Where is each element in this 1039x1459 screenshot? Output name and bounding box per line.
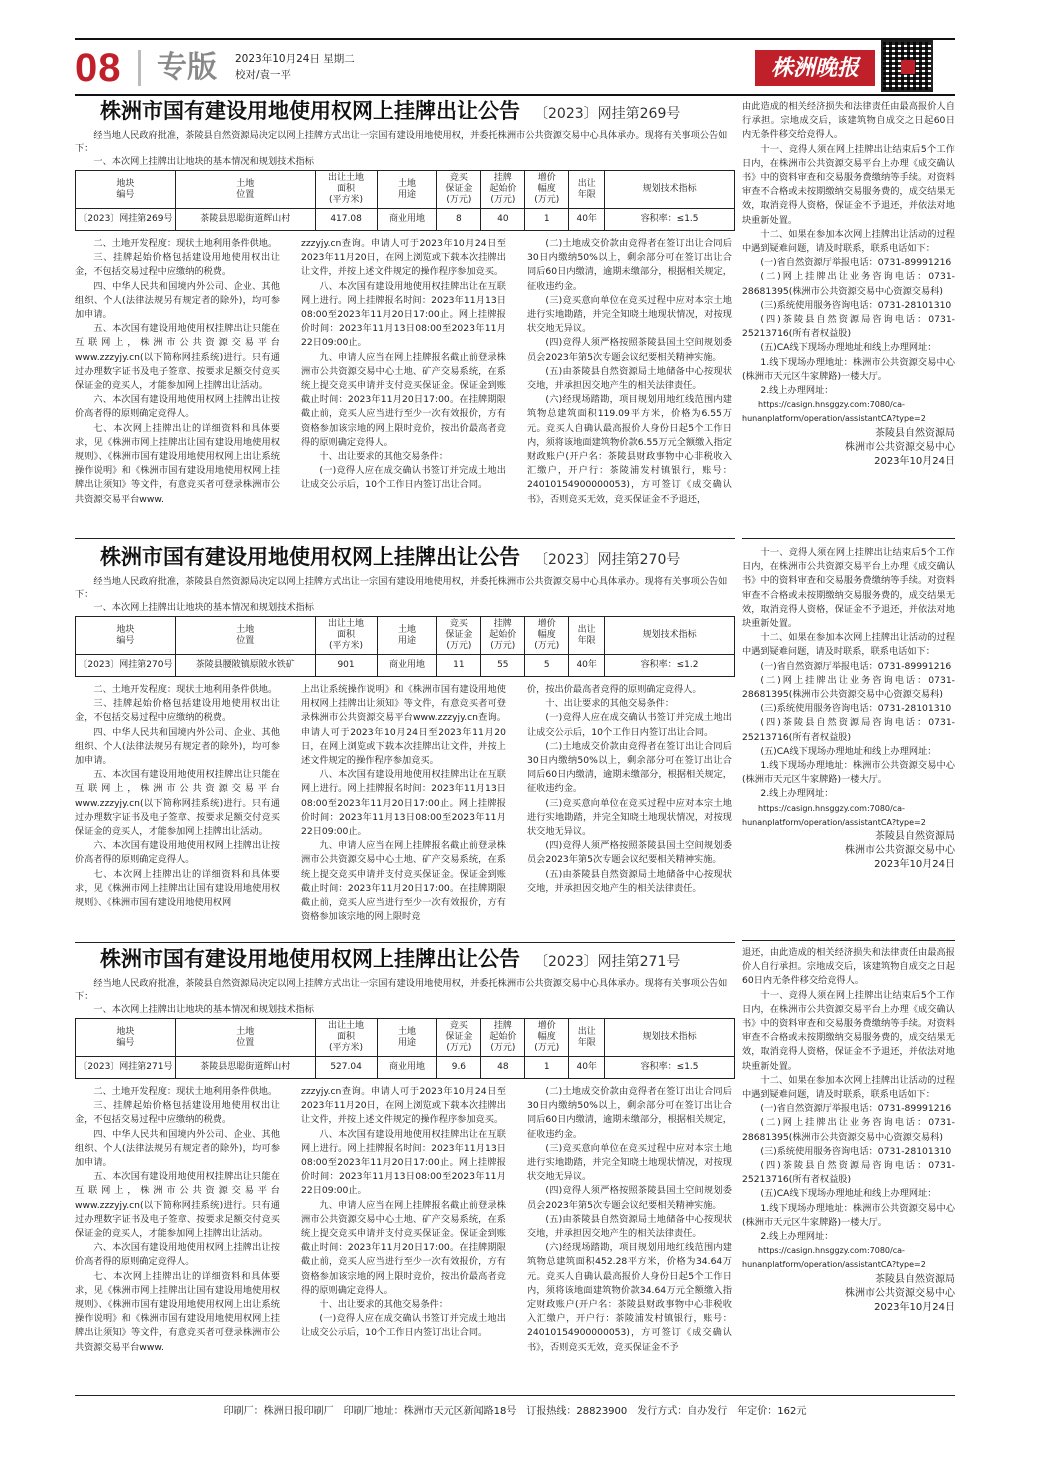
paragraph: (五)CA线下现场办理地址和线上办理网址： bbox=[742, 745, 955, 759]
paragraph: (四)茶陵县自然资源局咨询电话：0731-25213716(所有者权益股) bbox=[742, 716, 955, 744]
notice-intro: 经当地人民政府批准，茶陵县自然资源局决定以网上挂牌方式出让一宗国有建设用地使用权… bbox=[75, 575, 735, 601]
column-header: 出让年限 bbox=[569, 171, 605, 209]
paragraph: (六)经现场踏勘，项目规划用地红线范围内建筑物总建筑面积119.09平方米，价格… bbox=[527, 393, 732, 507]
signature-org2: 株洲市公共资源交易中心 bbox=[742, 844, 955, 858]
body-columns: 二、土地开发程度：现状土地利用条件供地。三、挂牌起始价格包括建设用地使用权出让金… bbox=[75, 1085, 735, 1375]
column-header: 规划技术指标 bbox=[605, 171, 735, 209]
table-header-row: 地块编号土地位置出让土地面积(平方米)土地用途竞买保证金(万元)挂牌起始价(万元… bbox=[76, 1019, 735, 1057]
notice-title-text: 株洲市国有建设用地使用权网上挂牌出让公告 bbox=[100, 99, 520, 123]
paragraph: 十二、如果在参加本次网上挂牌出让活动的过程中遇到疑难问题，请及时联系，联系电话如… bbox=[742, 228, 955, 256]
paragraph: 五、本次国有建设用地使用权挂牌出让只能在互联网上，株洲市公共资源交易平台www.… bbox=[75, 1170, 280, 1241]
table-row: 〔2023〕网挂第269号茶陵县思聪街道辉山村417.08商业用地840140年… bbox=[76, 209, 735, 231]
column-header: 竞买保证金(万元) bbox=[437, 617, 481, 655]
column-header: 挂牌起始价(万元) bbox=[481, 171, 525, 209]
column-header: 地块编号 bbox=[76, 171, 176, 209]
right-column-divider bbox=[742, 940, 955, 941]
paragraph: 七、本次网上挂牌出让的详细资料和具体要求，见《株洲市网上挂牌出让国有建设用地使用… bbox=[75, 868, 280, 911]
table-caption: 一、本次网上挂牌出让地块的基本情况和规划技术指标 bbox=[75, 601, 735, 614]
paragraph: (三)系统使用服务咨询电话：0731-28101310 bbox=[742, 1145, 955, 1159]
column-header: 挂牌起始价(万元) bbox=[481, 1019, 525, 1057]
paragraph: 十、出让要求的其他交易条件： bbox=[301, 1298, 506, 1312]
column-header: 竞买保证金(万元) bbox=[437, 171, 481, 209]
column-header: 土地用途 bbox=[377, 617, 437, 655]
table-cell: 55 bbox=[481, 655, 525, 677]
notice-269: 株洲市国有建设用地使用权网上挂牌出让公告〔2023〕网挂第269号经当地人民政府… bbox=[75, 98, 735, 527]
ca-online-url: https://casign.hnsggzy.com:7080/ca-hunan… bbox=[742, 1244, 955, 1272]
section-name: 专版 bbox=[157, 44, 217, 92]
column-header: 增价幅度(万元) bbox=[525, 617, 569, 655]
table-row: 〔2023〕网挂第270号茶陵县腰陂镇原陂水铁矿901商业用地1155540年容… bbox=[76, 655, 735, 677]
table-cell: 容积率：≤1.5 bbox=[605, 1057, 735, 1079]
signature-date: 2023年10月24日 bbox=[742, 858, 955, 872]
issue-date: 2023年10月24日 星期二 bbox=[235, 52, 355, 66]
table-cell: 1 bbox=[525, 209, 569, 231]
paragraph: (四)竞得人须严格按照茶陵县国土空间规划委员会2023年第5次专题会议纪要相关精… bbox=[527, 839, 732, 867]
table-cell: 〔2023〕网挂第271号 bbox=[76, 1057, 176, 1079]
paragraph: (一)竞得人应在成交确认书签订并完成土地出让成交公示后，10个工作日内签订出让合… bbox=[301, 1312, 506, 1340]
right-column-270: 十一、竞得人须在网上挂牌出让结束后5个工作日内，在株洲市公共资源交易平台上办理《… bbox=[742, 546, 955, 873]
paragraph: (一)竞得人应在成交确认书签订并完成土地出让成交公示后，10个工作日内签订出让合… bbox=[301, 464, 506, 492]
plot-table: 地块编号土地位置出让土地面积(平方米)土地用途竞买保证金(万元)挂牌起始价(万元… bbox=[75, 616, 735, 677]
column-header: 土地用途 bbox=[377, 1019, 437, 1057]
paragraph: (四)竞得人须严格按照茶陵县国土空间规划委员会2023年第5次专题会议纪要相关精… bbox=[527, 336, 732, 364]
body-column: zzzyjy.cn查询。申请人可于2023年10月24日至2023年11月20日… bbox=[301, 237, 506, 493]
paragraph: 三、挂牌起始价格包括建设用地使用权出让金，不包括交易过程中应缴纳的税费。 bbox=[75, 1099, 280, 1127]
body-column: (二)土地成交价款由竞得者在签订出让合同后30日内缴纳50%以上，剩余部分可在签… bbox=[527, 1085, 732, 1355]
ca-online-url: https://casign.hnsggzy.com:7080/ca-hunan… bbox=[742, 802, 955, 830]
paragraph: (三)系统使用服务咨询电话：0731-28101310 bbox=[742, 702, 955, 716]
table-cell: 容积率：≤1.5 bbox=[605, 209, 735, 231]
notice-271: 株洲市国有建设用地使用权网上挂牌出让公告〔2023〕网挂第271号经当地人民政府… bbox=[75, 946, 735, 1375]
column-header: 规划技术指标 bbox=[605, 617, 735, 655]
column-header: 地块编号 bbox=[76, 617, 176, 655]
table-cell: 417.08 bbox=[315, 209, 377, 231]
notice-title-text: 株洲市国有建设用地使用权网上挂牌出让公告 bbox=[100, 947, 520, 971]
paragraph: 三、挂牌起始价格包括建设用地使用权出让金，不包括交易过程中应缴纳的税费。 bbox=[75, 697, 280, 725]
paragraph: 十二、如果在参加本次网上挂牌出让活动的过程中遇到疑难问题，请及时联系，联系电话如… bbox=[742, 1074, 955, 1102]
table-cell: 40年 bbox=[569, 1057, 605, 1079]
paragraph: 五、本次国有建设用地使用权挂牌出让只能在互联网上，株洲市公共资源交易平台www.… bbox=[75, 322, 280, 393]
table-row: 〔2023〕网挂第271号茶陵县思聪街道辉山村527.04商业用地9.64814… bbox=[76, 1057, 735, 1079]
paragraph: (三)竞买意向单位在竞买过程中应对本宗土地进行实地勘踏，并完全知晓土地现状情况，… bbox=[527, 1142, 732, 1185]
paragraph: (一)省自然资源厅举报电话：0731-89991216 bbox=[742, 660, 955, 674]
table-header-row: 地块编号土地位置出让土地面积(平方米)土地用途竞买保证金(万元)挂牌起始价(万元… bbox=[76, 171, 735, 209]
signature-date: 2023年10月24日 bbox=[742, 1301, 955, 1315]
table-cell: 527.04 bbox=[315, 1057, 377, 1079]
table-cell: 40年 bbox=[569, 655, 605, 677]
paragraph: zzzyjy.cn查询。申请人可于2023年10月24日至2023年11月20日… bbox=[301, 1085, 506, 1128]
paragraph: 四、中华人民共和国境内外公司、企业、其他组织、个人(法律法规另有规定者的除外)，… bbox=[75, 1128, 280, 1171]
column-header: 挂牌起始价(万元) bbox=[481, 617, 525, 655]
column-header: 增价幅度(万元) bbox=[525, 171, 569, 209]
paragraph: 五、本次国有建设用地使用权挂牌出让只能在互联网上，株洲市公共资源交易平台www.… bbox=[75, 768, 280, 839]
column-header: 土地位置 bbox=[175, 1019, 315, 1057]
paragraph: (五)CA线下现场办理地址和线上办理网址： bbox=[742, 1187, 955, 1201]
notice-intro: 经当地人民政府批准，茶陵县自然资源局决定以网上挂牌方式出让一宗国有建设用地使用权… bbox=[75, 977, 735, 1003]
paragraph: 九、申请人应当在网上挂牌报名截止前登录株洲市公共资源交易中心土地、矿产交易系统，… bbox=[301, 351, 506, 450]
continued-paragraph: 退还，由此造成的相关经济损失和法律责任由最高报价人自行承担。宗地成交后，该建筑物… bbox=[742, 946, 955, 989]
table-cell: 茶陵县腰陂镇原陂水铁矿 bbox=[175, 655, 315, 677]
table-cell: 48 bbox=[481, 1057, 525, 1079]
paragraph: 四、中华人民共和国境内外公司、企业、其他组织、个人(法律法规另有规定者的除外)，… bbox=[75, 726, 280, 769]
footer-rule bbox=[75, 1395, 955, 1396]
column-header: 规划技术指标 bbox=[605, 1019, 735, 1057]
paragraph: 九、申请人应当在网上挂牌报名截止前登录株洲市公共资源交易中心土地、矿产交易系统，… bbox=[301, 839, 506, 924]
table-cell: 40年 bbox=[569, 209, 605, 231]
body-column: 二、土地开发程度：现状土地利用条件供地。三、挂牌起始价格包括建设用地使用权出让金… bbox=[75, 237, 280, 507]
section-divider bbox=[75, 942, 735, 943]
column-header: 出让年限 bbox=[569, 617, 605, 655]
paragraph: (四)茶陵县自然资源局咨询电话：0731-25213716(所有者权益股) bbox=[742, 313, 955, 341]
paragraph: (一)竞得人应在成交确认书签订并完成土地出让成交公示后，10个工作日内签订出让合… bbox=[527, 711, 732, 739]
masthead: 08 专版 2023年10月24日 星期二 校对/袁一平 株洲晚报 bbox=[75, 44, 955, 92]
body-column: zzzyjy.cn查询。申请人可于2023年10月24日至2023年11月20日… bbox=[301, 1085, 506, 1341]
paragraph: (二)土地成交价款由竞得者在签订出让合同后30日内缴纳50%以上，剩余部分可在签… bbox=[527, 237, 732, 294]
paragraph: (四)竞得人须严格按照茶陵县国土空间规划委员会2023年第5次专题会议纪要相关精… bbox=[527, 1184, 732, 1212]
paragraph: 七、本次网上挂牌出让的详细资料和具体要求，见《株洲市网上挂牌出让国有建设用地使用… bbox=[75, 422, 280, 507]
notice-code: 〔2023〕网挂第270号 bbox=[534, 552, 680, 568]
paragraph: 十一、竞得人须在网上挂牌出让结束后5个工作日内，在株洲市公共资源交易平台上办理《… bbox=[742, 546, 955, 631]
continued-paragraph: 由此造成的相关经济损失和法律责任由最高报价人自行承担。宗地成交后，该建筑物自成交… bbox=[742, 100, 955, 143]
table-cell: 1 bbox=[525, 1057, 569, 1079]
signature-org1: 茶陵县自然资源局 bbox=[742, 427, 955, 441]
paragraph: 九、申请人应当在网上挂牌报名截止前登录株洲市公共资源交易中心土地、矿产交易系统，… bbox=[301, 1199, 506, 1298]
body-columns: 二、土地开发程度：现状土地利用条件供地。三、挂牌起始价格包括建设用地使用权出让金… bbox=[75, 683, 735, 973]
paragraph: (三)竞买意向单位在竞买过程中应对本宗土地进行实地勘踏，并完全知晓土地现状情况，… bbox=[527, 294, 732, 337]
paragraph: (二)土地成交价款由竞得者在签订出让合同后30日内缴纳50%以上，剩余部分可在签… bbox=[527, 740, 732, 797]
paragraph: 二、土地开发程度：现状土地利用条件供地。 bbox=[75, 1085, 280, 1099]
paragraph: (一)省自然资源厅举报电话：0731-89991216 bbox=[742, 256, 955, 270]
notice-title: 株洲市国有建设用地使用权网上挂牌出让公告〔2023〕网挂第270号 bbox=[75, 544, 735, 573]
paragraph: (一)省自然资源厅举报电话：0731-89991216 bbox=[742, 1102, 955, 1116]
paragraph: 上出让系统操作说明》和《株洲市国有建设用地使用权网上挂牌出让须知》等文件，有意竞… bbox=[301, 683, 506, 768]
column-header: 增价幅度(万元) bbox=[525, 1019, 569, 1057]
paragraph: 四、中华人民共和国境内外公司、企业、其他组织、个人(法律法规另有规定者的除外)，… bbox=[75, 280, 280, 323]
column-header: 出让土地面积(平方米) bbox=[315, 171, 377, 209]
paragraph: 2.线上办理网址： bbox=[742, 787, 955, 801]
table-cell: 茶陵县思聪街道辉山村 bbox=[175, 209, 315, 231]
paragraph: (五)由茶陵县自然资源局土地储备中心按现状交地，并承担因交地产生的相关法律责任。 bbox=[527, 868, 732, 896]
notice-title: 株洲市国有建设用地使用权网上挂牌出让公告〔2023〕网挂第271号 bbox=[75, 946, 735, 975]
paragraph: (五)CA线下现场办理地址和线上办理网址： bbox=[742, 341, 955, 355]
paragraph: 六、本次国有建设用地使用权网上挂牌出让按价高者得的原则确定竞得人。 bbox=[75, 1241, 280, 1269]
paragraph: (三)竞买意向单位在竞买过程中应对本宗土地进行实地勘踏，并完全知晓土地现状情况，… bbox=[527, 797, 732, 840]
column-header: 出让年限 bbox=[569, 1019, 605, 1057]
table-cell: 901 bbox=[315, 655, 377, 677]
column-header: 地块编号 bbox=[76, 1019, 176, 1057]
notice-code: 〔2023〕网挂第271号 bbox=[534, 954, 680, 970]
paragraph: 十一、竞得人须在网上挂牌出让结束后5个工作日内，在株洲市公共资源交易平台上办理《… bbox=[742, 989, 955, 1074]
paragraph: 十二、如果在参加本次网上挂牌出让活动的过程中遇到疑难问题，请及时联系，联系电话如… bbox=[742, 631, 955, 659]
paragraph: 十、出让要求的其他交易条件： bbox=[527, 697, 732, 711]
paragraph: (五)由茶陵县自然资源局土地储备中心按现状交地，并承担因交地产生的相关法律责任。 bbox=[527, 1213, 732, 1241]
paragraph: (三)系统使用服务咨询电话：0731-28101310 bbox=[742, 299, 955, 313]
paragraph: (二)网上挂牌出让业务咨询电话：0731-28681395(株洲市公共资源交易中… bbox=[742, 1116, 955, 1144]
qr-code-icon bbox=[881, 40, 933, 92]
right-column-divider bbox=[742, 538, 955, 539]
paragraph: 八、本次国有建设用地使用权挂牌出让在互联网上进行。网上挂牌报名时间：2023年1… bbox=[301, 1128, 506, 1199]
table-cell: 〔2023〕网挂第270号 bbox=[76, 655, 176, 677]
paragraph: 1.线下现场办理地址：株洲市公共资源交易中心(株洲市天元区牛家牌路)一楼大厅。 bbox=[742, 759, 955, 787]
page-number: 08 bbox=[75, 44, 122, 92]
paragraph: 二、土地开发程度：现状土地利用条件供地。 bbox=[75, 237, 280, 251]
paragraph: (五)由茶陵县自然资源局土地储备中心按现状交地，并承担因交地产生的相关法律责任。 bbox=[527, 365, 732, 393]
paragraph: 2.线上办理网址： bbox=[742, 384, 955, 398]
plot-table: 地块编号土地位置出让土地面积(平方米)土地用途竞买保证金(万元)挂牌起始价(万元… bbox=[75, 1018, 735, 1079]
notice-title: 株洲市国有建设用地使用权网上挂牌出让公告〔2023〕网挂第269号 bbox=[75, 98, 735, 127]
footer-imprint: 印刷厂：株洲日报印刷厂 印刷厂地址：株洲市天元区新闻路18号 订报热线：2882… bbox=[75, 1402, 955, 1417]
notice-intro: 经当地人民政府批准，茶陵县自然资源局决定以网上挂牌方式出让一宗国有建设用地使用权… bbox=[75, 129, 735, 155]
column-header: 出让土地面积(平方米) bbox=[315, 1019, 377, 1057]
masthead-top-rule bbox=[75, 38, 955, 40]
table-caption: 一、本次网上挂牌出让地块的基本情况和规划技术指标 bbox=[75, 155, 735, 168]
column-header: 土地位置 bbox=[175, 617, 315, 655]
paragraph: (六)经现场踏勘，项目规划用地红线范围内建筑物总建筑面积452.28平方米，价格… bbox=[527, 1241, 732, 1355]
body-column: 价，按出价最高者竞得的原则确定竞得人。十、出让要求的其他交易条件：(一)竞得人应… bbox=[527, 683, 732, 896]
masthead-divider bbox=[138, 50, 141, 86]
notice-270: 株洲市国有建设用地使用权网上挂牌出让公告〔2023〕网挂第270号经当地人民政府… bbox=[75, 544, 735, 973]
section-divider bbox=[75, 538, 735, 539]
newspaper-logo: 株洲晚报 bbox=[755, 50, 875, 86]
paragraph: (四)茶陵县自然资源局咨询电话：0731-25213716(所有者权益股) bbox=[742, 1159, 955, 1187]
signature-org2: 株洲市公共资源交易中心 bbox=[742, 1287, 955, 1301]
paragraph: (二)网上挂牌出让业务咨询电话：0731-28681395(株洲市公共资源交易中… bbox=[742, 674, 955, 702]
table-header-row: 地块编号土地位置出让土地面积(平方米)土地用途竞买保证金(万元)挂牌起始价(万元… bbox=[76, 617, 735, 655]
paragraph: 1.线下现场办理地址：株洲市公共资源交易中心(株洲市天元区牛家牌路)一楼大厅。 bbox=[742, 1202, 955, 1230]
right-column-271: 退还，由此造成的相关经济损失和法律责任由最高报价人自行承担。宗地成交后，该建筑物… bbox=[742, 946, 955, 1315]
paragraph: 八、本次国有建设用地使用权挂牌出让在互联网上进行。网上挂牌报名时间：2023年1… bbox=[301, 280, 506, 351]
table-caption: 一、本次网上挂牌出让地块的基本情况和规划技术指标 bbox=[75, 1003, 735, 1016]
body-column: 二、土地开发程度：现状土地利用条件供地。三、挂牌起始价格包括建设用地使用权出让金… bbox=[75, 1085, 280, 1355]
right-column-269: 由此造成的相关经济损失和法律责任由最高报价人自行承担。宗地成交后，该建筑物自成交… bbox=[742, 100, 955, 469]
table-cell: 40 bbox=[481, 209, 525, 231]
paragraph: 六、本次国有建设用地使用权网上挂牌出让按价高者得的原则确定竞得人。 bbox=[75, 393, 280, 421]
table-cell: 商业用地 bbox=[377, 655, 437, 677]
paragraph: 二、土地开发程度：现状土地利用条件供地。 bbox=[75, 683, 280, 697]
signature-org2: 株洲市公共资源交易中心 bbox=[742, 441, 955, 455]
column-header: 土地用途 bbox=[377, 171, 437, 209]
paragraph: 2.线上办理网址： bbox=[742, 1230, 955, 1244]
ca-online-url: https://casign.hnsggzy.com:7080/ca-hunan… bbox=[742, 398, 955, 426]
plot-table: 地块编号土地位置出让土地面积(平方米)土地用途竞买保证金(万元)挂牌起始价(万元… bbox=[75, 170, 735, 231]
paragraph: 三、挂牌起始价格包括建设用地使用权出让金，不包括交易过程中应缴纳的税费。 bbox=[75, 251, 280, 279]
table-cell: 茶陵县思聪街道辉山村 bbox=[175, 1057, 315, 1079]
body-column: (二)土地成交价款由竞得者在签订出让合同后30日内缴纳50%以上，剩余部分可在签… bbox=[527, 237, 732, 507]
paragraph: 1.线下现场办理地址：株洲市公共资源交易中心(株洲市天元区牛家牌路)一楼大厅。 bbox=[742, 356, 955, 384]
table-cell: 商业用地 bbox=[377, 209, 437, 231]
column-header: 土地位置 bbox=[175, 171, 315, 209]
paragraph: 十、出让要求的其他交易条件： bbox=[301, 450, 506, 464]
paragraph: 十一、竞得人须在网上挂牌出让结束后5个工作日内，在株洲市公共资源交易平台上办理《… bbox=[742, 143, 955, 228]
paragraph: 价，按出价最高者竞得的原则确定竞得人。 bbox=[527, 683, 732, 697]
table-cell: 8 bbox=[437, 209, 481, 231]
table-cell: 9.6 bbox=[437, 1057, 481, 1079]
table-cell: 商业用地 bbox=[377, 1057, 437, 1079]
body-column: 二、土地开发程度：现状土地利用条件供地。三、挂牌起始价格包括建设用地使用权出让金… bbox=[75, 683, 280, 910]
masthead-bottom-rule bbox=[75, 94, 955, 96]
paragraph: zzzyjy.cn查询。申请人可于2023年10月24日至2023年11月20日… bbox=[301, 237, 506, 280]
table-cell: 〔2023〕网挂第269号 bbox=[76, 209, 176, 231]
paragraph: 八、本次国有建设用地使用权挂牌出让在互联网上进行。网上挂牌报名时间：2023年1… bbox=[301, 768, 506, 839]
signature-date: 2023年10月24日 bbox=[742, 455, 955, 469]
table-cell: 11 bbox=[437, 655, 481, 677]
paragraph: (二)网上挂牌出让业务咨询电话：0731-28681395(株洲市公共资源交易中… bbox=[742, 270, 955, 298]
paragraph: 六、本次国有建设用地使用权网上挂牌出让按价高者得的原则确定竞得人。 bbox=[75, 839, 280, 867]
signature-org1: 茶陵县自然资源局 bbox=[742, 830, 955, 844]
body-columns: 二、土地开发程度：现状土地利用条件供地。三、挂牌起始价格包括建设用地使用权出让金… bbox=[75, 237, 735, 527]
table-cell: 5 bbox=[525, 655, 569, 677]
table-cell: 容积率：≤1.2 bbox=[605, 655, 735, 677]
signature-org1: 茶陵县自然资源局 bbox=[742, 1273, 955, 1287]
notice-title-text: 株洲市国有建设用地使用权网上挂牌出让公告 bbox=[100, 545, 520, 569]
notice-code: 〔2023〕网挂第269号 bbox=[534, 106, 680, 122]
proofreader: 校对/袁一平 bbox=[235, 68, 291, 82]
column-header: 竞买保证金(万元) bbox=[437, 1019, 481, 1057]
paragraph: (二)土地成交价款由竞得者在签订出让合同后30日内缴纳50%以上，剩余部分可在签… bbox=[527, 1085, 732, 1142]
paragraph: 七、本次网上挂牌出让的详细资料和具体要求，见《株洲市网上挂牌出让国有建设用地使用… bbox=[75, 1270, 280, 1355]
column-header: 出让土地面积(平方米) bbox=[315, 617, 377, 655]
qr-logo-icon bbox=[901, 60, 915, 74]
body-column: 上出让系统操作说明》和《株洲市国有建设用地使用权网上挂牌出让须知》等文件，有意竞… bbox=[301, 683, 506, 924]
